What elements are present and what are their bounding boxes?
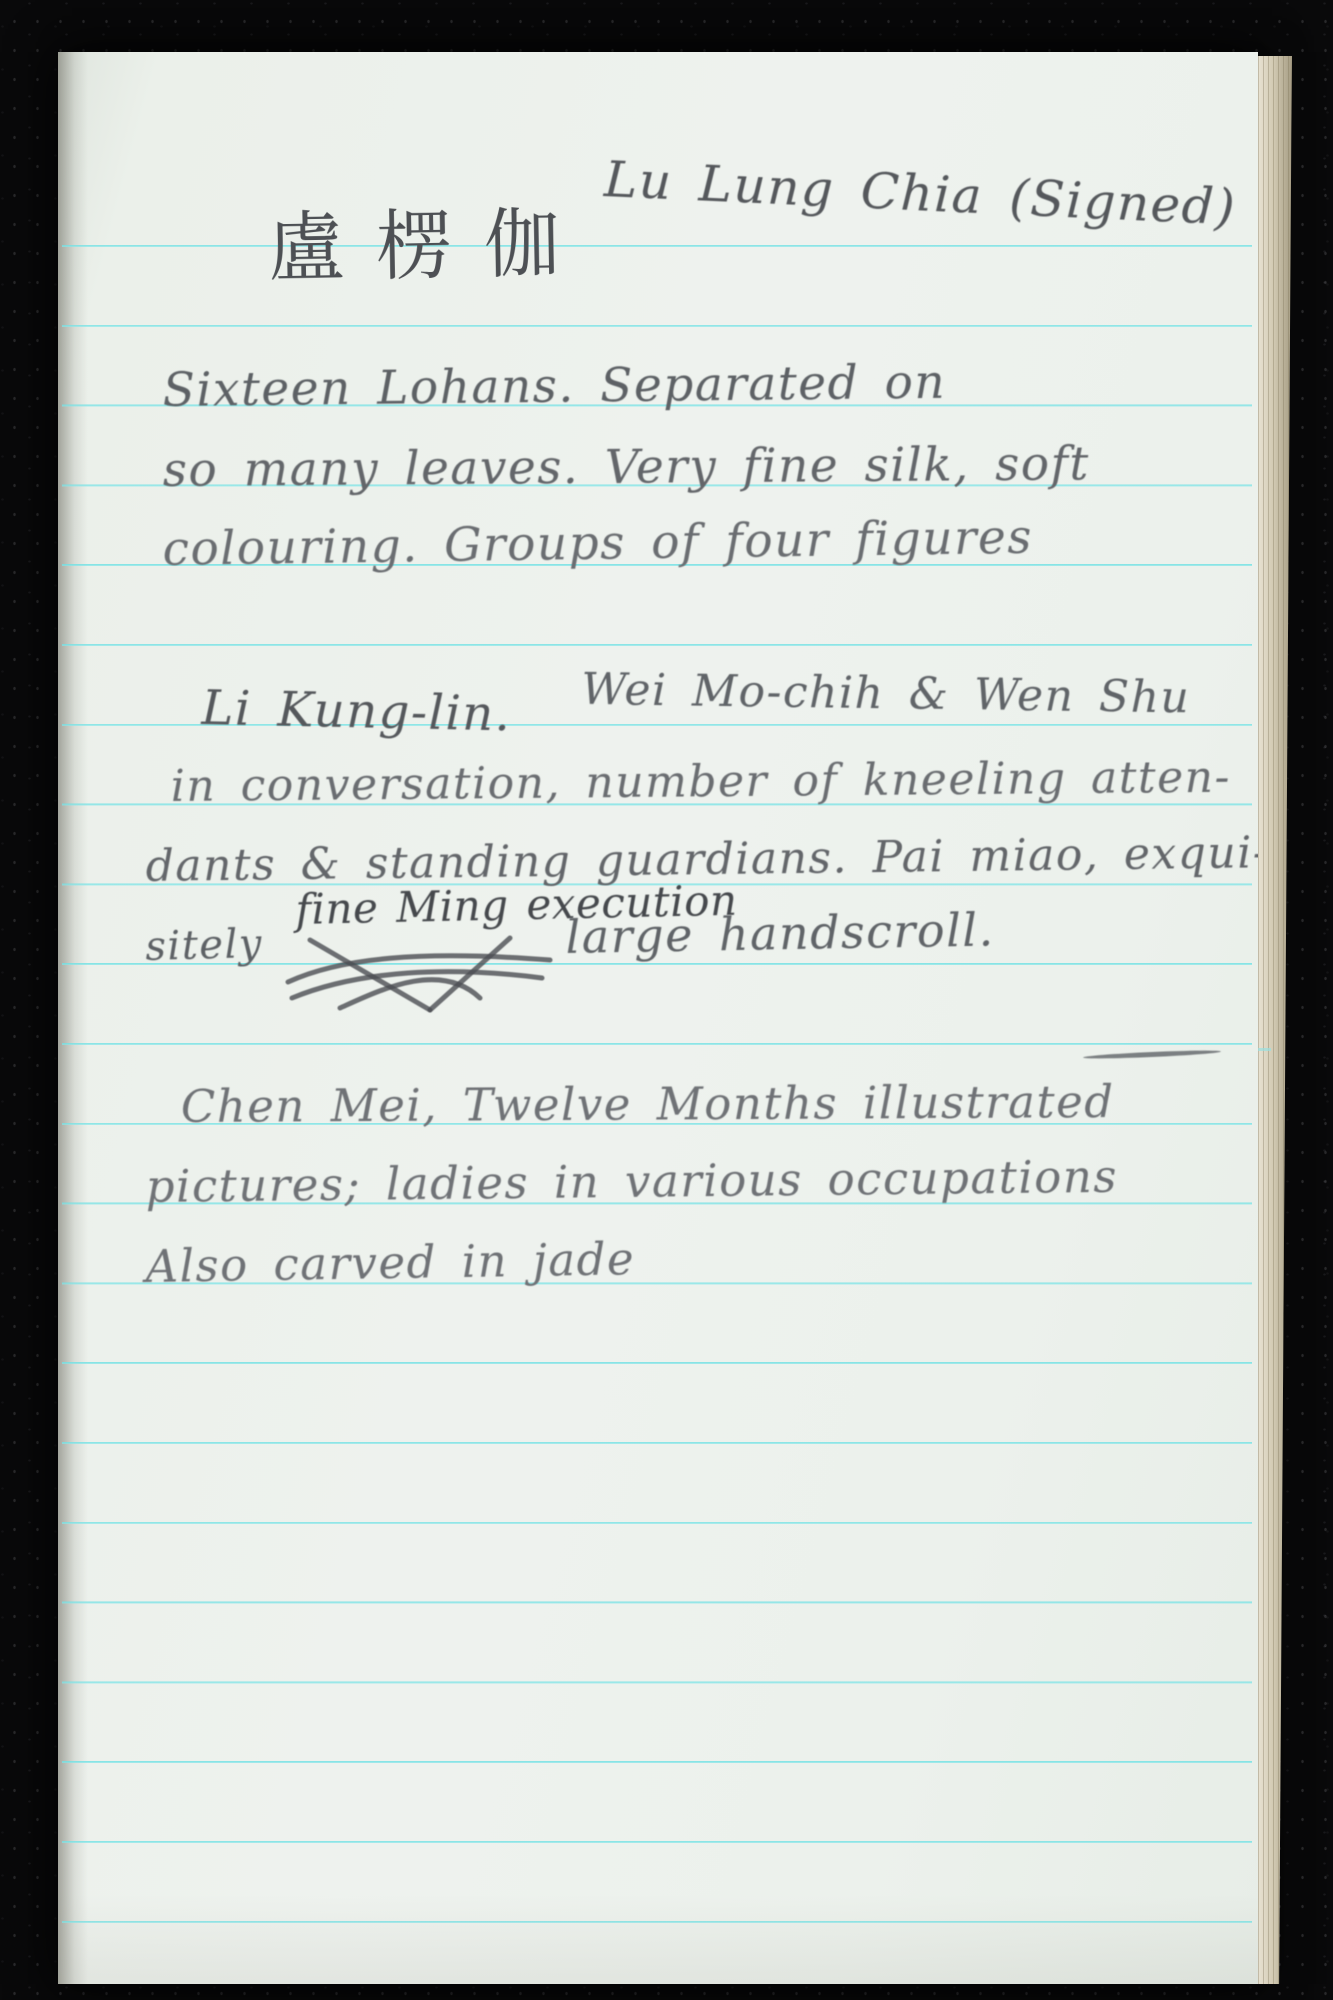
handwriting-line: Chen Mei, Twelve Months illustrated bbox=[181, 1075, 1115, 1133]
heading-romanized: Lu Lung Chia (Signed) bbox=[603, 150, 1238, 237]
page-stack-edge bbox=[1258, 56, 1292, 1984]
heading-chinese-characters: 盧楞伽 bbox=[267, 182, 593, 297]
handwriting-line: Wei Mo-chih & Wen Shu bbox=[581, 664, 1191, 723]
rule-line-tick-on-edge bbox=[1258, 1048, 1271, 1051]
scribble-strikeout bbox=[280, 920, 570, 1020]
handwriting-line: Li Kung-lin. bbox=[201, 680, 512, 742]
handwriting-line: Sixteen Lohans. Separated on bbox=[162, 355, 946, 418]
handwriting-line: Also carved in jade bbox=[145, 1232, 635, 1293]
handwriting-line: pictures; ladies in various occupations bbox=[145, 1150, 1118, 1213]
handwriting-line: large handscroll. bbox=[565, 903, 995, 964]
photo-background: { "colors": { "background": "#09090a", "… bbox=[0, 0, 1333, 2000]
handwriting-line: in conversation, number of kneeling atte… bbox=[171, 752, 1232, 812]
handwriting-line: so many leaves. Very fine silk, soft bbox=[163, 437, 1090, 498]
notebook-page: 盧楞伽 Lu Lung Chia (Signed) Sixteen Lohans… bbox=[58, 52, 1258, 1984]
handwriting-line: sitely bbox=[145, 921, 264, 970]
